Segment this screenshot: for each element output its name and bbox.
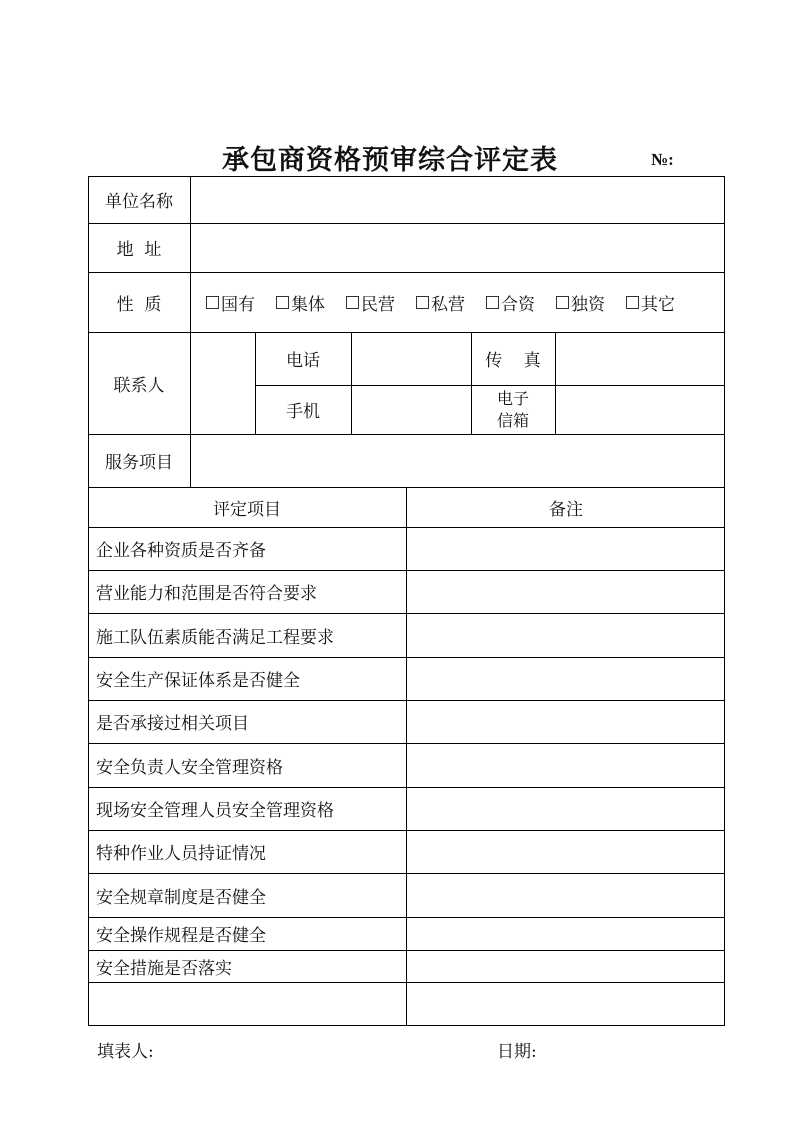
unit-name-field[interactable] [191, 176, 725, 223]
eval-item-4: 安全生产保证体系是否健全 [88, 657, 406, 700]
checkbox-icon[interactable] [416, 296, 429, 309]
option-label: 国有 [221, 290, 255, 315]
nature-option-joint-venture[interactable]: 合资 [486, 290, 535, 315]
eval-remark-11[interactable] [407, 950, 725, 982]
date-label: 日期: [497, 1037, 537, 1062]
nature-options: 国有 集体 民营 私营 合资 独资 其它 [206, 290, 675, 315]
option-label: 独资 [571, 290, 605, 315]
mobile-field[interactable] [352, 385, 471, 434]
nature-option-collective[interactable]: 集体 [276, 290, 325, 315]
address-label: 地 址 [88, 223, 190, 272]
option-label: 其它 [641, 290, 675, 315]
eval-item-3: 施工队伍素质能否满足工程要求 [88, 613, 406, 657]
eval-remark-2[interactable] [407, 570, 725, 613]
nature-option-private-run[interactable]: 民营 [346, 290, 395, 315]
form-number-label: №: [651, 150, 674, 170]
eval-item-6: 安全负责人安全管理资格 [88, 743, 406, 787]
eval-remark-8[interactable] [407, 830, 725, 873]
address-field[interactable] [191, 223, 725, 272]
service-field[interactable] [191, 434, 725, 487]
eval-remark-4[interactable] [407, 657, 725, 700]
eval-item-5: 是否承接过相关项目 [88, 700, 406, 743]
nature-option-private[interactable]: 私营 [416, 290, 465, 315]
nature-option-other[interactable]: 其它 [626, 290, 675, 315]
eval-item-7: 现场安全管理人员安全管理资格 [88, 787, 406, 830]
page-title: 承包商资格预审综合评定表 [222, 138, 558, 177]
email-label: 电子 信箱 [471, 385, 555, 434]
phone-field[interactable] [352, 332, 471, 385]
nature-label: 性 质 [88, 272, 190, 332]
option-label: 民营 [361, 290, 395, 315]
phone-label: 电话 [255, 332, 351, 385]
contact-field[interactable] [191, 332, 255, 434]
checkbox-icon[interactable] [276, 296, 289, 309]
service-label: 服务项目 [88, 434, 190, 487]
contact-label: 联系人 [88, 332, 190, 434]
col-header-remark: 备注 [407, 487, 725, 527]
option-label: 私营 [431, 290, 465, 315]
checkbox-icon[interactable] [346, 296, 359, 309]
eval-item-8: 特种作业人员持证情况 [88, 830, 406, 873]
option-label: 集体 [291, 290, 325, 315]
email-field[interactable] [556, 385, 725, 434]
eval-remark-3[interactable] [407, 613, 725, 657]
eval-item-2: 营业能力和范围是否符合要求 [88, 570, 406, 613]
eval-item-12[interactable] [88, 982, 406, 1025]
col-header-item: 评定项目 [88, 487, 406, 527]
eval-item-1: 企业各种资质是否齐备 [88, 527, 406, 570]
fax-field[interactable] [556, 332, 725, 385]
option-label: 合资 [501, 290, 535, 315]
eval-item-9: 安全规章制度是否健全 [88, 873, 406, 917]
email-label-line1: 电子 [497, 388, 529, 410]
nature-option-sole-investment[interactable]: 独资 [556, 290, 605, 315]
checkbox-icon[interactable] [206, 296, 219, 309]
eval-remark-5[interactable] [407, 700, 725, 743]
checkbox-icon[interactable] [626, 296, 639, 309]
eval-remark-10[interactable] [407, 917, 725, 950]
eval-remark-7[interactable] [407, 787, 725, 830]
eval-remark-12[interactable] [407, 982, 725, 1025]
eval-remark-6[interactable] [407, 743, 725, 787]
mobile-label: 手机 [255, 385, 351, 434]
eval-item-11: 安全措施是否落实 [88, 950, 406, 982]
checkbox-icon[interactable] [556, 296, 569, 309]
email-label-line2: 信箱 [497, 410, 529, 432]
eval-item-10: 安全操作规程是否健全 [88, 917, 406, 950]
fax-label: 传 真 [471, 332, 555, 385]
nature-option-state-owned[interactable]: 国有 [206, 290, 255, 315]
unit-name-label: 单位名称 [88, 176, 190, 223]
filler-label: 填表人: [97, 1037, 154, 1062]
checkbox-icon[interactable] [486, 296, 499, 309]
eval-remark-9[interactable] [407, 873, 725, 917]
eval-remark-1[interactable] [407, 527, 725, 570]
